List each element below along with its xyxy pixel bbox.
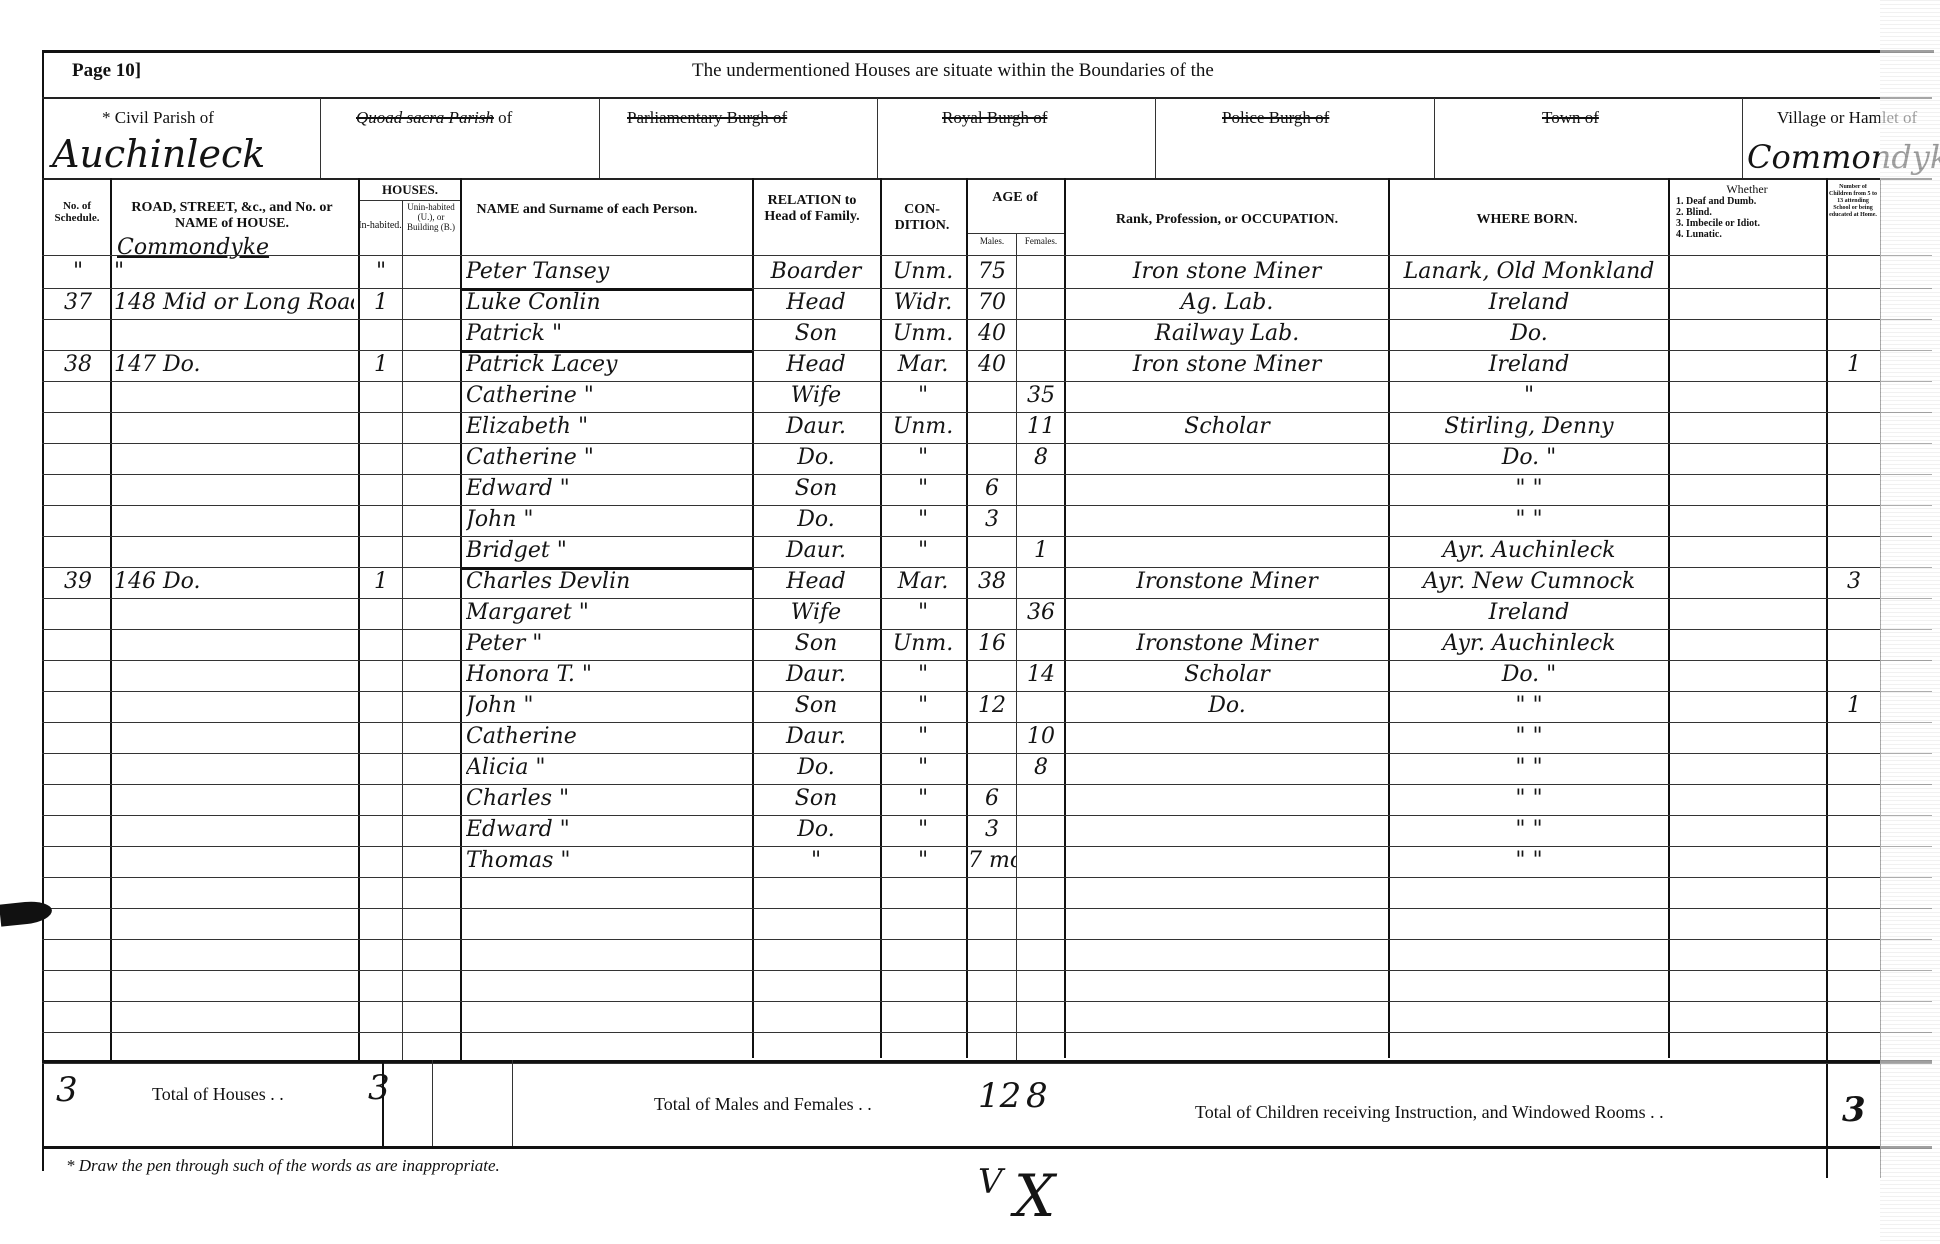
- cell-condition: ": [882, 722, 964, 752]
- cell-children: [1828, 412, 1880, 442]
- cell-relation: Boarder: [754, 257, 878, 287]
- cell-children: 3: [1828, 567, 1880, 597]
- cell-schedule: [46, 815, 110, 845]
- total-houses: 3: [368, 1068, 390, 1108]
- cell-inhabited: [360, 691, 402, 721]
- cell-condition: ": [882, 381, 964, 411]
- cell-relation: Son: [754, 691, 878, 721]
- cell-occupation: Iron stone Miner: [1068, 257, 1386, 287]
- cell-condition: Unm.: [882, 629, 964, 659]
- cell-female-age: [1018, 319, 1064, 349]
- cell-condition: Mar.: [882, 567, 964, 597]
- cell-name: Edward ": [466, 815, 750, 845]
- cell-relation: Daur.: [754, 722, 878, 752]
- cell-male-age: 3: [968, 505, 1016, 535]
- cell-condition: ": [882, 846, 964, 876]
- cell-occupation: Scholar: [1068, 412, 1386, 442]
- cell-inhabited: [360, 722, 402, 752]
- whether-item-1: 1. Deaf and Dumb.: [1676, 196, 1826, 207]
- col-age: AGE of: [972, 190, 1058, 206]
- cell-male-age: [968, 412, 1016, 442]
- cell-occupation: Do.: [1068, 691, 1386, 721]
- cell-condition: Unm.: [882, 257, 964, 287]
- cell-children: [1828, 784, 1880, 814]
- col-females: Females.: [1017, 236, 1065, 246]
- cell-schedule: [46, 784, 110, 814]
- cell-where-born: Ayr. Auchinleck: [1392, 536, 1666, 566]
- cell-female-age: [1018, 288, 1064, 318]
- whether-item-2: 2. Blind.: [1676, 207, 1826, 218]
- quoad-sacra-struck: Quoad sacra Parish: [356, 108, 494, 127]
- cell-female-age: [1018, 505, 1064, 535]
- cell-occupation: [1068, 722, 1386, 752]
- col-houses: HOUSES.: [360, 182, 460, 198]
- cell-name: Peter ": [466, 629, 750, 659]
- cell-relation: Head: [754, 567, 878, 597]
- total-schedules: 3: [56, 1070, 78, 1110]
- cell-inhabited: [360, 598, 402, 628]
- cell-schedule: [46, 319, 110, 349]
- cell-inhabited: [360, 660, 402, 690]
- cell-schedule: 38: [46, 350, 110, 380]
- whether-item-3: 3. Imbecile or Idiot.: [1676, 218, 1826, 229]
- cell-uninhabited: [404, 505, 458, 535]
- cell-schedule: [46, 381, 110, 411]
- cell-schedule: [46, 629, 110, 659]
- cell-road: 148 Mid or Long Road: [114, 288, 354, 318]
- cell-condition: ": [882, 598, 964, 628]
- civil-parish-value: Auchinleck: [52, 132, 265, 176]
- cell-schedule: [46, 474, 110, 504]
- cell-road: [114, 722, 354, 752]
- col-rule: [1064, 178, 1066, 1058]
- cell-road: [114, 319, 354, 349]
- police-burgh-label: Police Burgh of: [1222, 108, 1329, 128]
- cell-name: Patrick Lacey: [466, 350, 750, 380]
- cell-children: [1828, 288, 1880, 318]
- cell-where-born: Ireland: [1392, 598, 1666, 628]
- royal-burgh-label: Royal Burgh of: [942, 108, 1047, 128]
- cell-occupation: [1068, 474, 1386, 504]
- divider: [360, 200, 460, 201]
- cell-female-age: 8: [1018, 753, 1064, 783]
- cell-uninhabited: [404, 691, 458, 721]
- total-males: 12: [978, 1076, 1021, 1116]
- cell-occupation: [1068, 598, 1386, 628]
- cell-children: [1828, 381, 1880, 411]
- cell-where-born: Do.: [1392, 319, 1666, 349]
- cell-uninhabited: [404, 815, 458, 845]
- cell-male-age: 40: [968, 350, 1016, 380]
- cell-uninhabited: [404, 319, 458, 349]
- cell-name: Edward ": [466, 474, 750, 504]
- cell-inhabited: [360, 629, 402, 659]
- cell-where-born: " ": [1392, 505, 1666, 535]
- cell-inhabited: [360, 505, 402, 535]
- col-uninhabited: Unin-habited (U.), or Building (B.): [404, 202, 458, 232]
- cell-schedule: [46, 598, 110, 628]
- cell-children: 1: [1828, 350, 1880, 380]
- cell-male-age: [968, 660, 1016, 690]
- cell-relation: Son: [754, 474, 878, 504]
- cell-condition: ": [882, 784, 964, 814]
- divider: [599, 98, 600, 178]
- cell-male-age: [968, 536, 1016, 566]
- cell-female-age: 11: [1018, 412, 1064, 442]
- cell-road: [114, 443, 354, 473]
- cell-schedule: [46, 443, 110, 473]
- header-bottom-rule: [42, 255, 1932, 256]
- cross-mark: X: [1014, 1162, 1055, 1230]
- cell-female-age: [1018, 691, 1064, 721]
- col-rule: [1016, 233, 1017, 1060]
- cell-occupation: Ag. Lab.: [1068, 288, 1386, 318]
- cell-uninhabited: [404, 753, 458, 783]
- town-label: Town of: [1542, 108, 1599, 128]
- page-title: The undermentioned Houses are situate wi…: [692, 60, 1214, 82]
- household-separator: [460, 288, 752, 291]
- cell-condition: ": [882, 536, 964, 566]
- cell-condition: Widr.: [882, 288, 964, 318]
- cell-name: John ": [466, 505, 750, 535]
- cell-female-age: [1018, 567, 1064, 597]
- cell-female-age: 1: [1018, 536, 1064, 566]
- cell-female-age: 35: [1018, 381, 1064, 411]
- cell-name: Patrick ": [466, 319, 750, 349]
- cell-schedule: [46, 846, 110, 876]
- col-rule: [1668, 178, 1670, 1058]
- divider: [877, 98, 878, 178]
- cell-where-born: Ayr. Auchinleck: [1392, 629, 1666, 659]
- cell-condition: ": [882, 443, 964, 473]
- cell-children: [1828, 257, 1880, 287]
- cell-name: Catherine ": [466, 381, 750, 411]
- cell-inhabited: 1: [360, 288, 402, 318]
- divider: [320, 98, 321, 178]
- col-condition: CON-DITION.: [882, 202, 962, 234]
- cell-male-age: 6: [968, 474, 1016, 504]
- cell-children: [1828, 846, 1880, 876]
- cell-uninhabited: [404, 257, 458, 287]
- cell-schedule: [46, 660, 110, 690]
- cell-relation: Son: [754, 319, 878, 349]
- cell-name: Luke Conlin: [466, 288, 750, 318]
- cell-road: [114, 381, 354, 411]
- cell-uninhabited: [404, 846, 458, 876]
- row-rule: [42, 1032, 1932, 1033]
- cell-name: Thomas ": [466, 846, 750, 876]
- cell-uninhabited: [404, 629, 458, 659]
- cell-inhabited: [360, 846, 402, 876]
- cell-schedule: [46, 691, 110, 721]
- cell-road: [114, 846, 354, 876]
- whether-item-4: 4. Lunatic.: [1676, 229, 1826, 240]
- cell-road: 147 Do.: [114, 350, 354, 380]
- cell-road: [114, 784, 354, 814]
- cell-road: [114, 753, 354, 783]
- cell-condition: Unm.: [882, 319, 964, 349]
- cell-occupation: [1068, 536, 1386, 566]
- cell-children: [1828, 753, 1880, 783]
- civil-parish-label: * Civil Parish of: [102, 108, 214, 128]
- cell-relation: Wife: [754, 381, 878, 411]
- cell-name: Peter Tansey: [466, 257, 750, 287]
- total-houses-label: Total of Houses . .: [152, 1084, 284, 1105]
- row-rule: [42, 908, 1932, 909]
- col-rule: [512, 1060, 513, 1146]
- cell-where-born: Ireland: [1392, 288, 1666, 318]
- cell-relation: Son: [754, 784, 878, 814]
- cell-name: Alicia ": [466, 753, 750, 783]
- cell-uninhabited: [404, 722, 458, 752]
- cell-children: [1828, 319, 1880, 349]
- cell-male-age: 38: [968, 567, 1016, 597]
- cell-road: 146 Do.: [114, 567, 354, 597]
- cell-inhabited: [360, 381, 402, 411]
- col-children: Number of Children from 5 to 13 attendin…: [1828, 184, 1878, 228]
- cell-occupation: Scholar: [1068, 660, 1386, 690]
- cell-relation: Head: [754, 288, 878, 318]
- cell-female-age: 10: [1018, 722, 1064, 752]
- cell-where-born: Ayr. New Cumnock: [1392, 567, 1666, 597]
- cell-uninhabited: [404, 381, 458, 411]
- col-whether-items: 1. Deaf and Dumb. 2. Blind. 3. Imbecile …: [1676, 196, 1826, 240]
- cell-female-age: [1018, 350, 1064, 380]
- cell-male-age: 6: [968, 784, 1016, 814]
- cell-road: ": [114, 257, 354, 287]
- cell-male-age: [968, 722, 1016, 752]
- cell-relation: Head: [754, 350, 878, 380]
- cell-where-born: Lanark, Old Monkland: [1392, 257, 1666, 287]
- cell-condition: ": [882, 815, 964, 845]
- cell-male-age: 40: [968, 319, 1016, 349]
- cell-road: [114, 691, 354, 721]
- cell-where-born: " ": [1392, 722, 1666, 752]
- cell-road: [114, 815, 354, 845]
- col-inhabited: In-habited.: [358, 220, 402, 232]
- cell-road: [114, 629, 354, 659]
- cell-uninhabited: [404, 598, 458, 628]
- cell-name: Honora T. ": [466, 660, 750, 690]
- cell-inhabited: [360, 784, 402, 814]
- cell-uninhabited: [404, 474, 458, 504]
- cell-where-born: ": [1392, 381, 1666, 411]
- cell-occupation: [1068, 505, 1386, 535]
- divider: [1434, 98, 1435, 178]
- cell-inhabited: 1: [360, 350, 402, 380]
- cell-inhabited: [360, 412, 402, 442]
- cell-schedule: [46, 722, 110, 752]
- cell-road: [114, 474, 354, 504]
- cell-male-age: 16: [968, 629, 1016, 659]
- cell-uninhabited: [404, 412, 458, 442]
- cell-road: [114, 598, 354, 628]
- cell-condition: ": [882, 753, 964, 783]
- cell-condition: ": [882, 505, 964, 535]
- cell-female-age: [1018, 784, 1064, 814]
- cell-children: [1828, 443, 1880, 473]
- cell-female-age: [1018, 257, 1064, 287]
- cell-children: [1828, 474, 1880, 504]
- cell-male-age: 75: [968, 257, 1016, 287]
- cell-condition: ": [882, 691, 964, 721]
- cell-male-age: [968, 443, 1016, 473]
- cell-where-born: Do. ": [1392, 660, 1666, 690]
- totals-top-rule: [42, 1060, 1932, 1063]
- cell-uninhabited: [404, 784, 458, 814]
- cell-schedule: 39: [46, 567, 110, 597]
- cell-female-age: [1018, 846, 1064, 876]
- row-rule: [42, 1063, 1932, 1064]
- total-children: 3: [1842, 1090, 1866, 1130]
- cell-inhabited: [360, 319, 402, 349]
- cell-relation: Wife: [754, 598, 878, 628]
- cell-children: [1828, 629, 1880, 659]
- household-separator: [460, 350, 752, 353]
- row-rule: [42, 939, 1932, 940]
- cell-children: [1828, 505, 1880, 535]
- cell-condition: Mar.: [882, 350, 964, 380]
- cell-occupation: Iron stone Miner: [1068, 350, 1386, 380]
- divider: [1742, 98, 1743, 178]
- cell-relation: Do.: [754, 753, 878, 783]
- cell-relation: ": [754, 846, 878, 876]
- cell-where-born: " ": [1392, 691, 1666, 721]
- col-rule: [382, 1060, 384, 1146]
- cell-name: Charles ": [466, 784, 750, 814]
- cell-female-age: [1018, 629, 1064, 659]
- cell-occupation: [1068, 846, 1386, 876]
- cell-male-age: [968, 598, 1016, 628]
- col-schedule: No. of Schedule.: [44, 200, 110, 224]
- total-females: 8: [1026, 1076, 1048, 1116]
- cell-children: [1828, 722, 1880, 752]
- cell-male-age: 7 mo.: [968, 846, 1016, 876]
- cell-name: John ": [466, 691, 750, 721]
- cell-schedule: [46, 753, 110, 783]
- cell-inhabited: [360, 443, 402, 473]
- cell-uninhabited: [404, 660, 458, 690]
- cell-road: [114, 412, 354, 442]
- cell-occupation: [1068, 784, 1386, 814]
- cell-female-age: 8: [1018, 443, 1064, 473]
- page-edge-shadow: [1880, 0, 1940, 1244]
- tick-mark: V: [978, 1162, 1003, 1202]
- cell-occupation: [1068, 381, 1386, 411]
- cell-schedule: ": [46, 257, 110, 287]
- col-rule: [1388, 178, 1390, 1058]
- cell-relation: Daur.: [754, 660, 878, 690]
- cell-inhabited: ": [360, 257, 402, 287]
- col-where-born: WHERE BORN.: [1392, 212, 1662, 228]
- footnote: * Draw the pen through such of the words…: [66, 1156, 500, 1176]
- row-rule: [42, 970, 1932, 971]
- cell-condition: ": [882, 474, 964, 504]
- cell-uninhabited: [404, 536, 458, 566]
- cell-relation: Daur.: [754, 412, 878, 442]
- cell-inhabited: 1: [360, 567, 402, 597]
- cell-where-born: Ireland: [1392, 350, 1666, 380]
- cell-name: Margaret ": [466, 598, 750, 628]
- cell-road: [114, 536, 354, 566]
- cell-uninhabited: [404, 443, 458, 473]
- cell-occupation: Railway Lab.: [1068, 319, 1386, 349]
- cell-children: [1828, 598, 1880, 628]
- census-sheet: Page 10] The undermentioned Houses are s…: [42, 50, 1940, 1170]
- cell-female-age: 14: [1018, 660, 1064, 690]
- col-whether: Whether: [1672, 182, 1822, 197]
- cell-condition: Unm.: [882, 412, 964, 442]
- parliamentary-burgh-label: Parliamentary Burgh of: [627, 108, 787, 128]
- col-rule: [402, 200, 403, 1060]
- cell-male-age: [968, 753, 1016, 783]
- cell-uninhabited: [404, 288, 458, 318]
- cell-where-born: Do. ": [1392, 443, 1666, 473]
- quoad-sacra-suffix: of: [498, 108, 512, 127]
- cell-occupation: [1068, 753, 1386, 783]
- cell-schedule: [46, 536, 110, 566]
- total-children-label: Total of Children receiving Instruction,…: [1195, 1102, 1664, 1123]
- quoad-sacra-label: Quoad sacra Parish of: [356, 108, 512, 128]
- cell-uninhabited: [404, 567, 458, 597]
- col-occupation: Rank, Profession, or OCCUPATION.: [1067, 212, 1387, 228]
- cell-road: [114, 505, 354, 535]
- col-rule: [460, 178, 462, 1060]
- cell-schedule: [46, 505, 110, 535]
- cell-occupation: Ironstone Miner: [1068, 629, 1386, 659]
- cell-occupation: [1068, 443, 1386, 473]
- cell-condition: ": [882, 660, 964, 690]
- cell-children: [1828, 660, 1880, 690]
- cell-children: 1: [1828, 691, 1880, 721]
- cell-occupation: [1068, 815, 1386, 845]
- cell-road: [114, 660, 354, 690]
- cell-male-age: 70: [968, 288, 1016, 318]
- cell-relation: Do.: [754, 505, 878, 535]
- page-label: Page 10]: [72, 60, 141, 82]
- cell-relation: Daur.: [754, 536, 878, 566]
- cell-uninhabited: [404, 350, 458, 380]
- cell-inhabited: [360, 474, 402, 504]
- col-males: Males.: [968, 236, 1016, 246]
- cell-occupation: Ironstone Miner: [1068, 567, 1386, 597]
- household-separator: [460, 567, 752, 570]
- cell-female-age: [1018, 474, 1064, 504]
- divider: [42, 178, 1932, 180]
- col-name: NAME and Surname of each Person.: [462, 202, 712, 218]
- cell-relation: Do.: [754, 815, 878, 845]
- col-relation: RELATION to Head of Family.: [757, 193, 867, 225]
- cell-where-born: " ": [1392, 474, 1666, 504]
- cell-male-age: 12: [968, 691, 1016, 721]
- cell-where-born: " ": [1392, 784, 1666, 814]
- divider: [1155, 98, 1156, 178]
- col-road: ROAD, STREET, &c., and No. or NAME of HO…: [112, 200, 352, 232]
- totals-bottom-rule: [42, 1146, 1932, 1149]
- total-persons-label: Total of Males and Females . .: [654, 1094, 872, 1115]
- cell-relation: Do.: [754, 443, 878, 473]
- cell-children: [1828, 536, 1880, 566]
- row-rule: [42, 1001, 1932, 1002]
- cell-name: Charles Devlin: [466, 567, 750, 597]
- cell-inhabited: [360, 753, 402, 783]
- cell-name: Elizabeth ": [466, 412, 750, 442]
- cell-schedule: 37: [46, 288, 110, 318]
- cell-children: [1828, 815, 1880, 845]
- cell-where-born: Stirling, Denny: [1392, 412, 1666, 442]
- cell-name: Catherine: [466, 722, 750, 752]
- col-rule: [432, 1060, 433, 1146]
